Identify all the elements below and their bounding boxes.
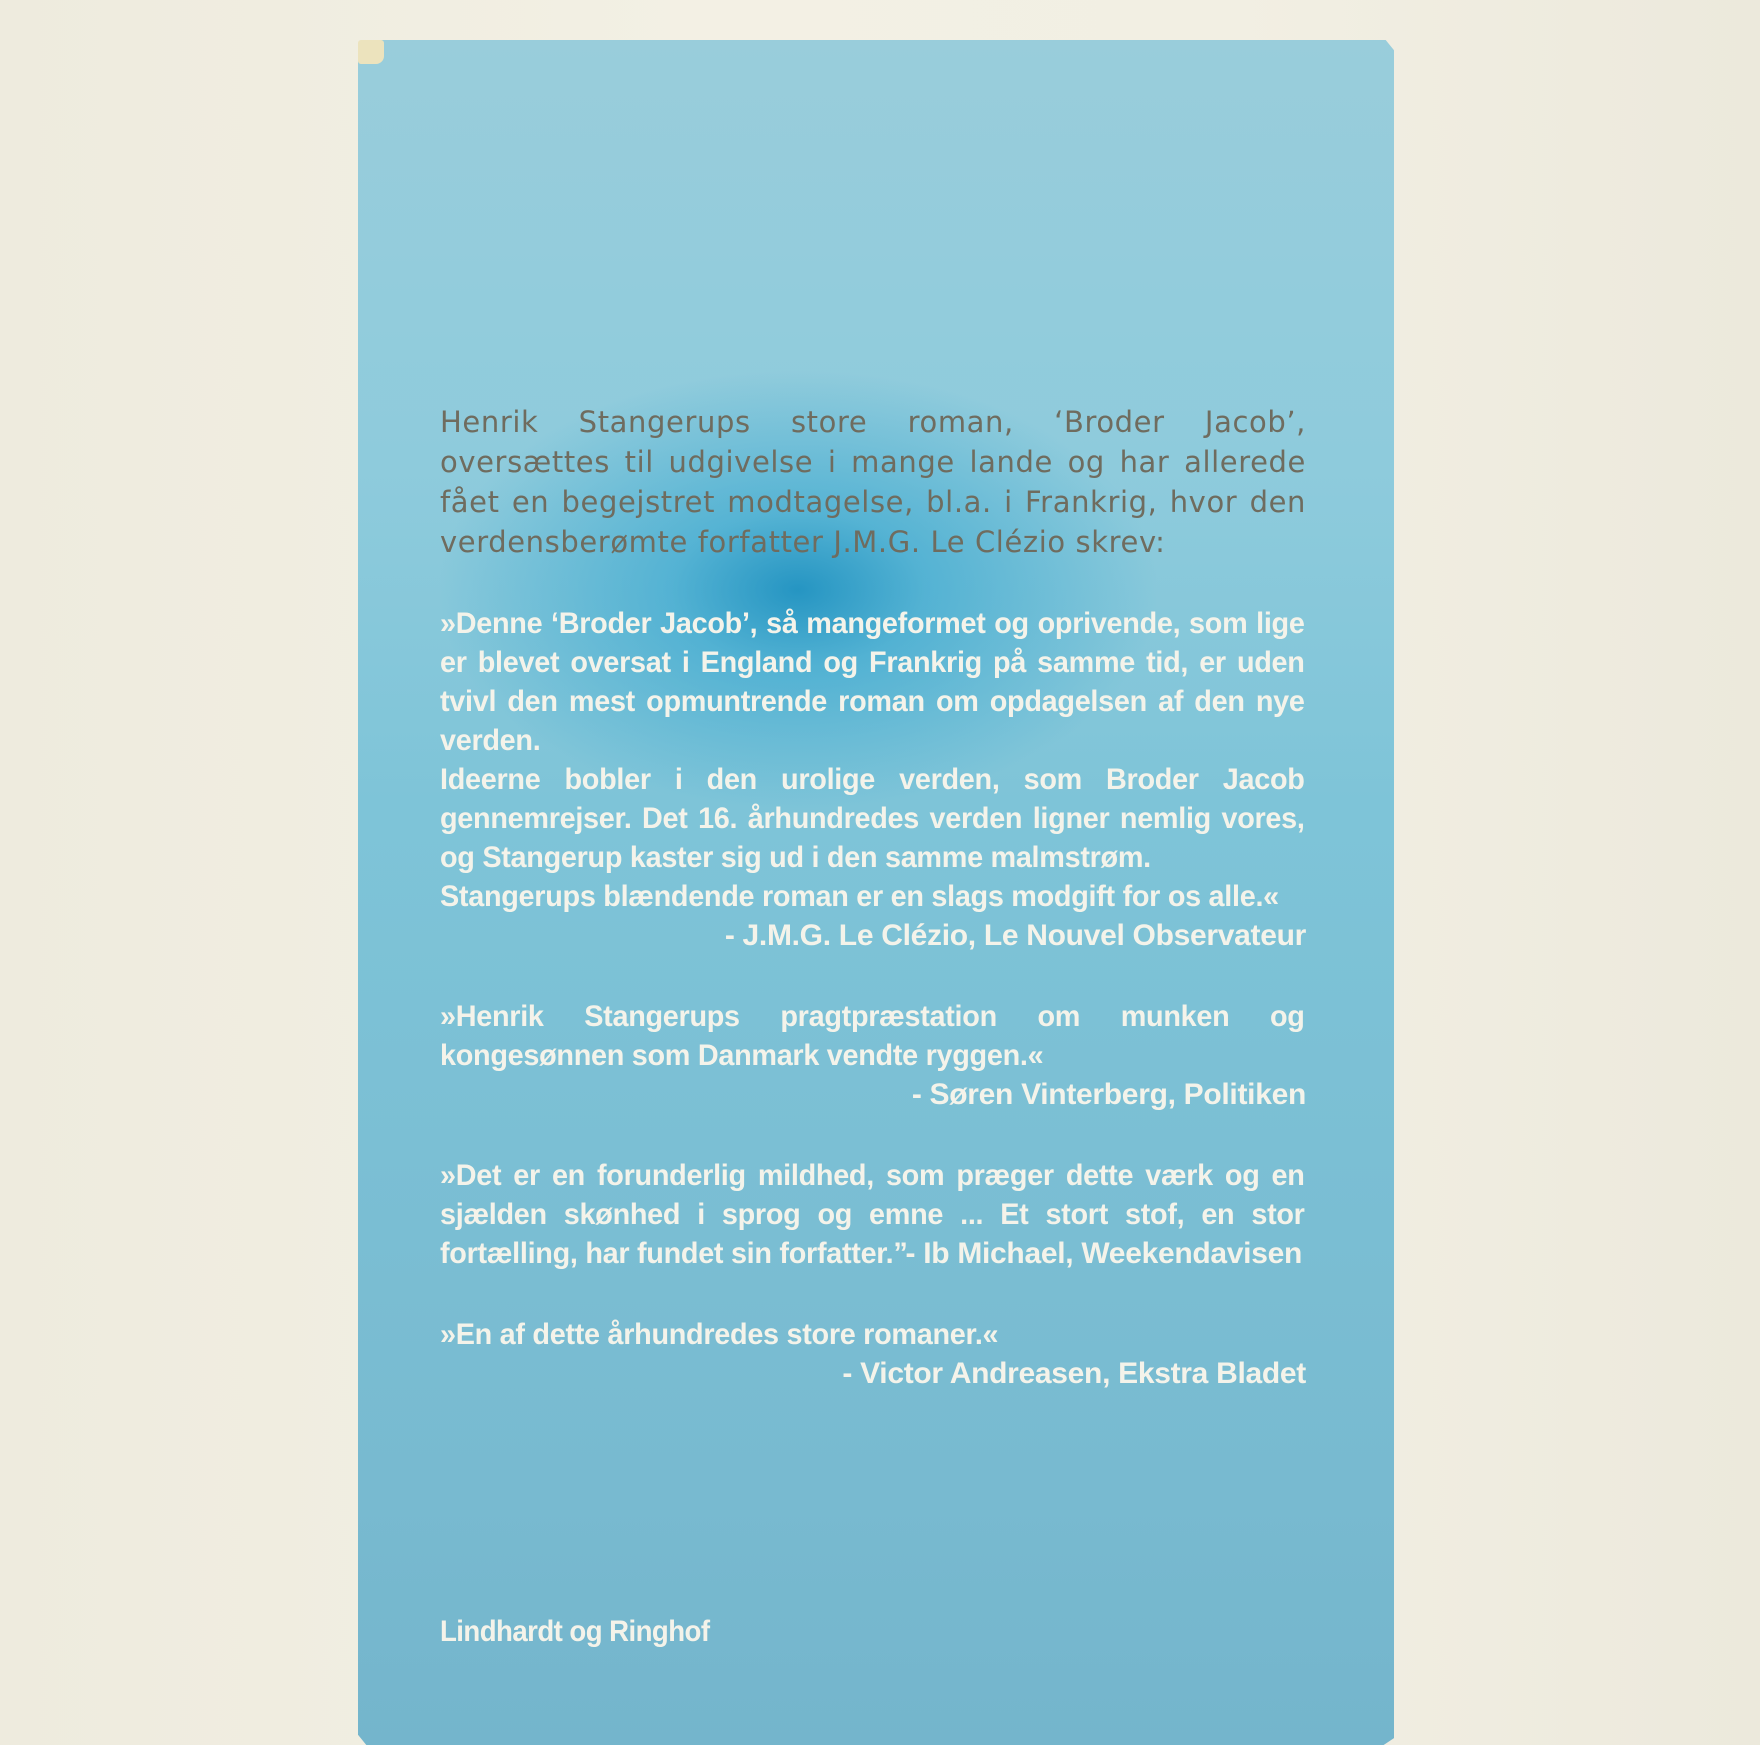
review-attribution: - Victor Andreasen, Ekstra Bladet xyxy=(440,1354,1306,1393)
tape-corner xyxy=(358,40,384,64)
book-back-cover: Henrik Stangerups store roman, ‘Broder J… xyxy=(358,40,1394,1745)
cover-intro-paragraph: Henrik Stangerups store roman, ‘Broder J… xyxy=(440,402,1306,562)
review-attribution: - Ib Michael, Weekendavisen xyxy=(906,1234,1303,1273)
image-bottom-edge xyxy=(0,1745,1760,1760)
review-quote-text: »Denne ‘Broder Jacob’, så mangeformet og… xyxy=(440,604,1305,916)
review-attribution: - J.M.G. Le Clézio, Le Nouvel Observateu… xyxy=(440,916,1306,955)
publisher-name: Lindhardt og Ringhof xyxy=(440,1615,710,1649)
review-quote-michael: »Det er en forunderlig mildhed, som præg… xyxy=(440,1156,1306,1273)
review-quote-andreasen: »En af dette århundredes store romaner.«… xyxy=(440,1315,1306,1393)
review-quote-leclezio: »Denne ‘Broder Jacob’, så mangeformet og… xyxy=(440,604,1306,955)
cover-text-area: Henrik Stangerups store roman, ‘Broder J… xyxy=(440,402,1306,1393)
review-quote-text: »Henrik Stangerups pragtpræstation om mu… xyxy=(440,997,1305,1075)
review-attribution: - Søren Vinterberg, Politiken xyxy=(440,1075,1306,1114)
review-quote-text: »En af dette århundredes store romaner.« xyxy=(440,1315,1305,1354)
review-quote-vinterberg: »Henrik Stangerups pragtpræstation om mu… xyxy=(440,997,1306,1114)
